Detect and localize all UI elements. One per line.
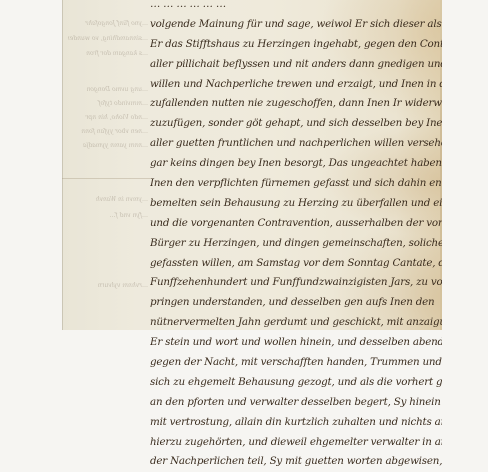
manuscript-line: Inen den verpflichten fürnemen gefasst u… (150, 174, 442, 194)
manuscript-line: Bürger zu Herzingen, und dingen gemeinsc… (150, 234, 442, 254)
manuscript-line: aller pillichait beflyssen und nit ander… (150, 55, 442, 75)
manuscript-line: und die vorgenanten Contravention, ausse… (150, 214, 442, 234)
manuscript-line: Funffzehenhundert und Funffundzwainzigis… (150, 273, 442, 293)
margin-ghost-line: …nnm yamn yymadja (68, 142, 148, 150)
margin-ghost-line: …fyn vnd f… (68, 212, 148, 220)
margin-ghost-line: …nen vbor yyfan fonn (68, 128, 148, 136)
manuscript-line: gefassten willen, am Samstag vor dem Son… (150, 254, 442, 274)
margin-ghost-line: …ndo Vioho, hin npr (68, 114, 148, 122)
manuscript-line: bemelten sein Behausung zu Herzing zu üb… (150, 194, 442, 214)
manuscript-line: aller guetten fruntlichen und nachperlic… (150, 134, 442, 154)
manuscript-line: willen und Nachperliche trewen und erzai… (150, 75, 442, 95)
margin-ghost-line: …ymvn in Wanvh (68, 196, 148, 204)
document-viewer: …yno fünf Jongofahr …sinnamdhing, vo wun… (0, 0, 488, 326)
manuscript-line: zuzufügen, sonder göt gehapt, und sich d… (150, 114, 442, 134)
margin-ghost-line: …mmvindo tyfof (68, 100, 148, 108)
manuscript-line: nütnervermelten Jahn gerdumt und geschic… (150, 313, 442, 326)
manuscript-text: … … … … … … volgende Mainung für und sag… (150, 0, 442, 326)
manuscript-line: pringen understanden, und desselben gen … (150, 293, 442, 313)
paper-fold-line (62, 178, 152, 179)
manuscript-line: volgende Mainung für und sage, weiwol Er… (150, 15, 442, 35)
manuscript-line: zufallenden nutten nie zugeschoffen, dan… (150, 94, 442, 114)
manuscript-line: gar keins dingen bey Inen besorgt, Das u… (150, 154, 442, 174)
manuscript-line: Er das Stifftshaus zu Herzingen ingehabt… (150, 35, 442, 55)
margin-ghost-line: …rvhnm vylvurn (68, 282, 148, 290)
margin-ghost-line: …s kangam dor fron (68, 50, 148, 58)
margin-ghost-line: …yno fünf Jongofahr (68, 20, 148, 28)
manuscript-line: … … … … … … (150, 0, 442, 15)
margin-ghost-line: …ung uvmo Dongon (68, 86, 148, 94)
margin-ghost-line: …sinnamdhing, vo wunder (68, 35, 148, 43)
